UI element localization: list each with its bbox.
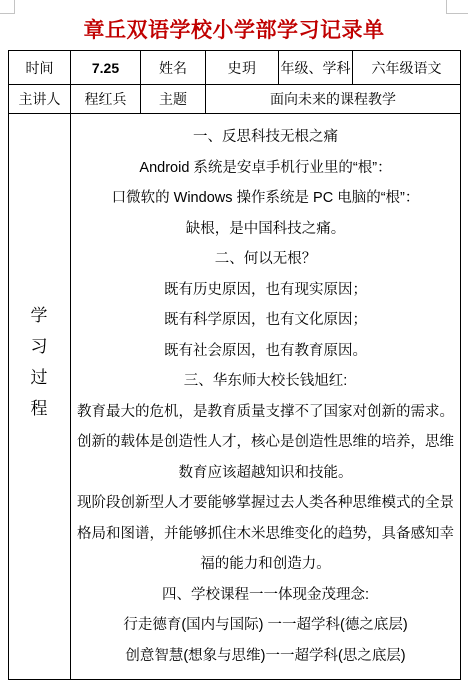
speaker-label: 主讲人 (9, 85, 71, 114)
note-line: 创意智慧(想象与思维)一一超学科(思之底层) (71, 641, 460, 672)
process-row: 学 习 过 程 一、反思科技无根之痛 Android 系统是安卓手机行业里的“根… (9, 114, 461, 680)
note-line: 缺根，是中国科技之痛。 (71, 214, 460, 245)
note-line: 数育应该超越知识和技能。 (71, 458, 460, 489)
process-label-char: 程 (9, 393, 70, 424)
speaker-value: 程红兵 (71, 85, 141, 114)
grade-subject-value: 六年级语文 (353, 51, 461, 85)
process-vertical-label: 学 习 过 程 (9, 300, 70, 424)
process-content-cell: 一、反思科技无根之痛 Android 系统是安卓手机行业里的“根”： 口微软的 … (71, 114, 461, 680)
note-line: 既有社会原因，也有教育原因。 (71, 336, 460, 367)
note-line: 三、华东师大校长钱旭红: (71, 366, 460, 397)
note-line: 既有科学原因，也有文化原因； (71, 305, 460, 336)
process-label-char: 学 (9, 300, 70, 331)
header-row-1: 时间 7.25 姓名 史玥 年级、学科 六年级语文 (9, 51, 461, 85)
header-row-2: 主讲人 程红兵 主题 面向未来的课程教学 (9, 85, 461, 114)
process-label-char: 过 (9, 362, 70, 393)
time-value: 7.25 (71, 51, 141, 85)
crop-mark-top-right-vertical (446, 0, 447, 13)
name-value: 史玥 (206, 51, 279, 85)
topic-label: 主题 (141, 85, 206, 114)
topic-value: 面向未来的课程教学 (206, 85, 461, 114)
note-line: 福的能力和创造力。 (71, 549, 460, 580)
grade-subject-label: 年级、学科 (279, 51, 353, 85)
crop-mark-top-left-horizontal (0, 13, 15, 14)
note-line: 行走德育(国内与国际) 一一超学科(德之底层) (71, 610, 460, 641)
process-label-char: 习 (9, 331, 70, 362)
document-title: 章丘双语学校小学部学习记录单 (0, 15, 468, 45)
note-line: 二、何以无根？ (71, 244, 460, 275)
crop-mark-top-left-vertical (14, 0, 15, 13)
crop-mark-top-right-horizontal (446, 13, 468, 14)
name-label: 姓名 (141, 51, 206, 85)
process-label-cell: 学 习 过 程 (9, 114, 71, 680)
note-line: 创新的载体是创造性人才，核心是创造性思维的培养，思维 (71, 427, 460, 458)
note-line: 四、学校课程一一体现金茂理念: (71, 580, 460, 611)
time-label: 时间 (9, 51, 71, 85)
note-line: 口微软的 Windows 操作系统是 PC 电脑的“根”： (71, 183, 460, 214)
note-line: 一、反思科技无根之痛 (71, 122, 460, 153)
note-line: 教育最大的危机，是教育质量支撑不了国家对创新的需求。 (71, 397, 460, 428)
note-line: 既有历史原因，也有现实原因； (71, 275, 460, 306)
note-line: 格局和图谱，并能够抓住木米思维变化的趋势，具备感知幸 (71, 519, 460, 550)
note-line: 现阶段创新型人才要能够掌握过去人类各种思维模式的全景 (71, 488, 460, 519)
note-line: Android 系统是安卓手机行业里的“根”： (71, 153, 460, 184)
record-form-table: 时间 7.25 姓名 史玥 年级、学科 六年级语文 主讲人 程红兵 主题 面向未… (8, 50, 461, 680)
